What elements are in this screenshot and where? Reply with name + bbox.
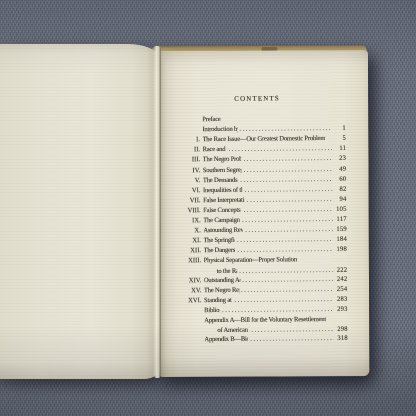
toc-roman-numeral: IX. [182, 216, 204, 226]
toc-page-number: 5 [332, 134, 346, 144]
toc-roman-numeral: VIII. [182, 206, 204, 216]
toc-dot-leader [221, 120, 332, 121]
toc-title: Standing at the Crossroads [204, 296, 232, 306]
toc-row: Appendix B—Biographical Sketch of the Au… [183, 334, 348, 346]
contents-heading: CONTENTS [181, 94, 334, 106]
book-photo: CONTENTS Preface Introduction by Earnest… [0, 0, 416, 416]
toc-title: Preface [202, 115, 220, 125]
toc-page-number: 23 [332, 154, 346, 164]
toc-rows: Preface Introduction by Earnest Sevier C… [181, 114, 348, 346]
toc-page-number: 60 [332, 174, 346, 184]
toc-title: Bibliography [204, 306, 220, 316]
toc-title: Outstanding Advocates of Separation [204, 275, 240, 285]
toc-roman-numeral: V. [181, 176, 203, 186]
toc-title: Inequalities of the White and Negro Race… [203, 185, 243, 195]
toc-page-number: 293 [334, 305, 348, 315]
toc-roman-numeral: XV. [182, 286, 204, 296]
toc-title: The Negro Problem in American History [203, 155, 242, 165]
toc-page-number: 242 [333, 274, 347, 284]
toc-page-number: 49 [332, 164, 346, 174]
toc-page-number: 254 [333, 284, 347, 294]
toc-roman-numeral: XII. [182, 246, 204, 256]
toc-roman-numeral: I. [181, 135, 203, 145]
toc-title: Race and Civilization [203, 145, 227, 155]
toc-title: The Dangers of Amalgamation [203, 246, 235, 256]
toc-title: The Demands of the Negro Leaders [203, 175, 238, 185]
toc-dot-leader: ........................................… [235, 245, 333, 256]
toc-roman-numeral: XIII. [182, 257, 204, 267]
toc-roman-numeral: XI. [182, 236, 204, 246]
toc-page-number: 11 [332, 144, 346, 154]
contents-page: CONTENTS Preface Introduction by Earnest… [158, 50, 369, 377]
toc-title: The Springfield Plan and Such [203, 236, 235, 246]
toc-page-number: 184 [333, 235, 347, 245]
left-blank-page [0, 44, 158, 379]
toc-dot-leader: ........................................… [248, 334, 334, 345]
toc-title: Astounding Revelations to White America [203, 226, 243, 236]
toc-title: Appendix B—Biographical Sketch of the Au… [204, 335, 248, 346]
toc-page-number: 318 [334, 334, 348, 344]
toc-title: False Concepts of the Christian Religion [203, 206, 242, 216]
toc-title: Southern Segregation and the Color Line [203, 165, 242, 175]
toc-roman-numeral: III. [181, 156, 203, 166]
toc-roman-numeral: X. [182, 226, 204, 236]
toc-page-number: 94 [333, 195, 347, 205]
toc-page-number: 105 [333, 205, 347, 215]
toc-title: Introduction by Earnest Sevier Cox [202, 125, 237, 135]
toc-page-number: 159 [333, 225, 347, 235]
toc-title: The Negro Repatriation Movement [204, 285, 239, 295]
toc-page-number: 283 [333, 294, 347, 304]
toc-page-number: 1 [332, 124, 346, 134]
toc-roman-numeral: VI. [181, 186, 203, 196]
toc-roman-numeral: II. [181, 146, 203, 156]
toc-roman-numeral: XVI. [182, 296, 204, 306]
toc-page-number: 117 [333, 215, 347, 225]
toc-title: False Interpretations of American Democr… [203, 196, 245, 206]
toc-page-number: 198 [333, 245, 347, 255]
gutter-page-curl [153, 46, 161, 378]
toc-title: The Campaign for Complete Equality [203, 216, 240, 226]
toc-roman-numeral: XIV. [182, 276, 204, 286]
table-of-contents: CONTENTS Preface Introduction by Earnest… [181, 94, 348, 346]
toc-page-number: 82 [332, 184, 346, 194]
toc-roman-numeral: IV. [181, 166, 203, 176]
toc-roman-numeral: VII. [182, 196, 204, 206]
